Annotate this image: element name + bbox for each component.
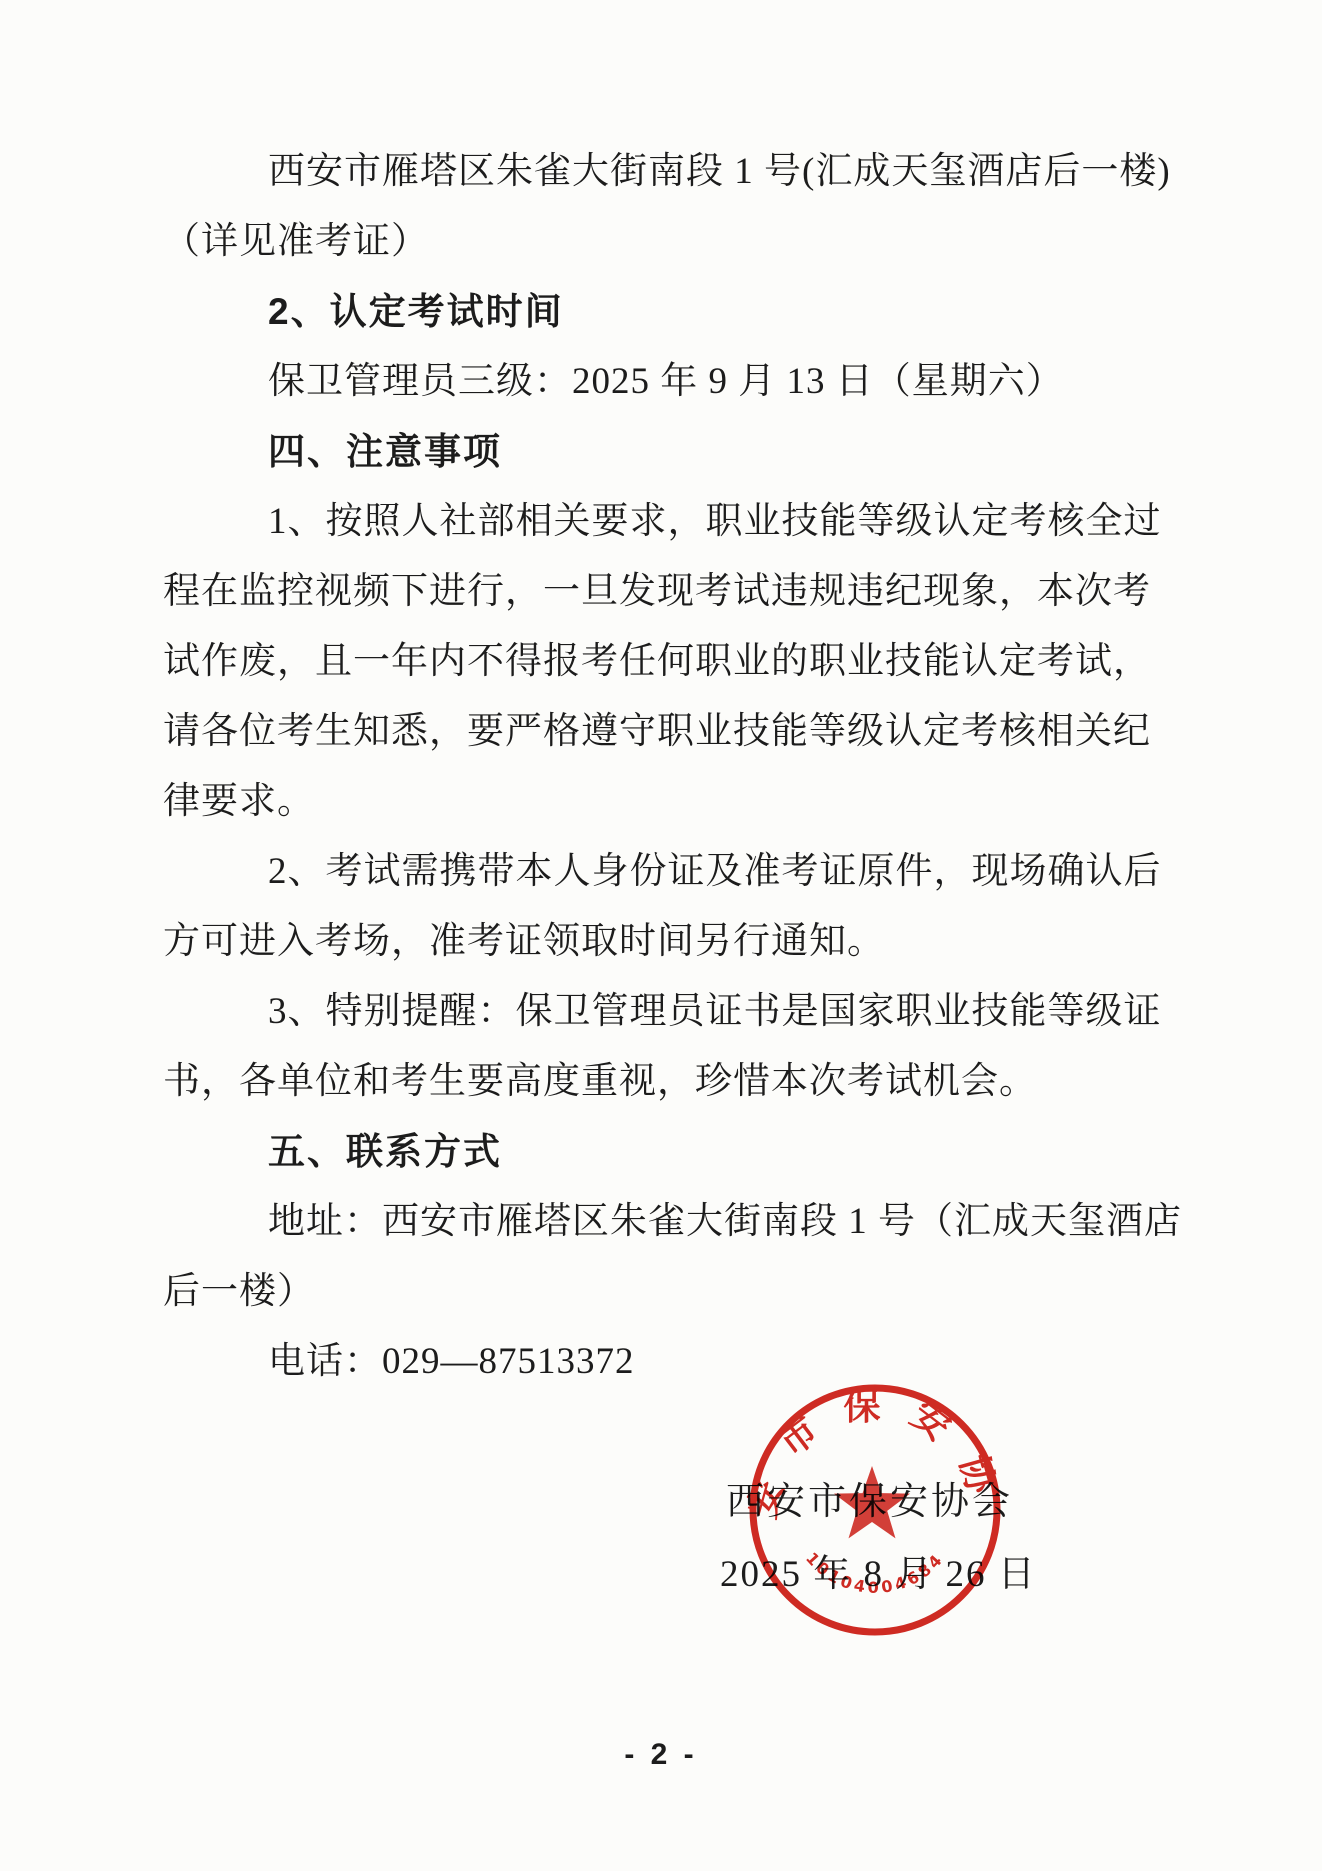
document-line: 四、注意事项 xyxy=(163,417,1153,487)
issuer-org-name: 西安市保安协会 xyxy=(726,1470,1013,1525)
document-line: 书，各单位和考生要高度重视，珍惜本次考试机会。 xyxy=(163,1047,1153,1117)
document-line: 方可进入考场，准考证领取时间另行通知。 xyxy=(163,907,1153,977)
document-line: 后一楼） xyxy=(163,1257,1153,1327)
document-line: 请各位考生知悉，要严格遵守职业技能等级认定考核相关纪 xyxy=(163,697,1153,767)
document-line: 1、按照人社部相关要求，职业技能等级认定考核全过 xyxy=(163,487,1153,557)
document-line: 律要求。 xyxy=(163,767,1153,837)
document-line: （详见准考证） xyxy=(163,207,1153,277)
document-line: 保卫管理员三级：2025 年 9 月 13 日（星期六） xyxy=(163,347,1153,417)
document-line: 3、特别提醒：保卫管理员证书是国家职业技能等级证 xyxy=(163,977,1153,1047)
page-number: - 2 - xyxy=(0,1738,1322,1772)
scanned-document-page: 西安市雁塔区朱雀大街南段 1 号(汇成天玺酒店后一楼)（详见准考证）2、认定考试… xyxy=(0,0,1322,1871)
issue-date: 2025 年 8 月 26 日 xyxy=(720,1543,1037,1597)
document-line: 程在监控视频下进行，一旦发现考试违规违纪现象，本次考 xyxy=(163,557,1153,627)
document-line: 西安市雁塔区朱雀大街南段 1 号(汇成天玺酒店后一楼) xyxy=(163,137,1153,207)
document-line: 地址：西安市雁塔区朱雀大街南段 1 号（汇成天玺酒店 xyxy=(163,1187,1153,1257)
document-line: 试作废，且一年内不得报考任何职业的职业技能认定考试， xyxy=(163,627,1153,697)
document-text-block: 西安市雁塔区朱雀大街南段 1 号(汇成天玺酒店后一楼)（详见准考证）2、认定考试… xyxy=(163,137,1153,1397)
document-line: 2、考试需携带本人身份证及准考证原件，现场确认后 xyxy=(163,837,1153,907)
document-line: 2、认定考试时间 xyxy=(163,277,1153,347)
document-line: 五、联系方式 xyxy=(163,1117,1153,1187)
